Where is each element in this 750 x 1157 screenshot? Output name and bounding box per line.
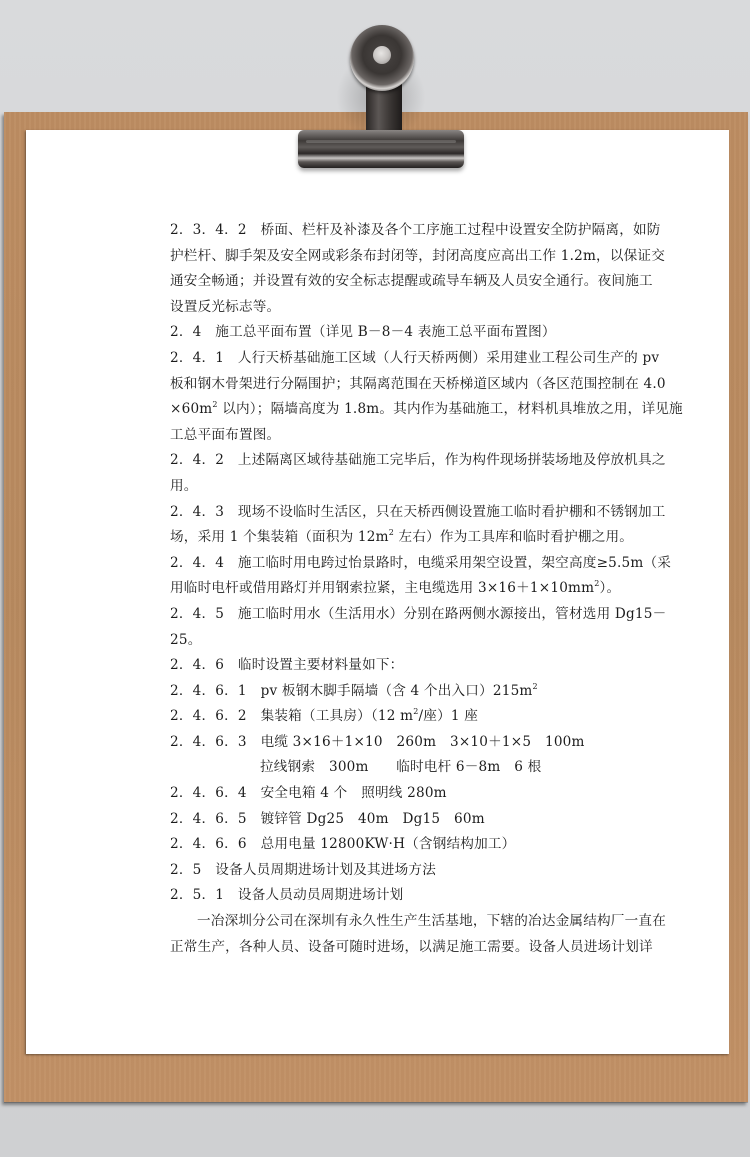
text-line: 护栏杆、脚手架及安全网或彩条布封闭等，封闭高度应高出工作 1.2m，以保证交 — [170, 244, 630, 270]
text-span: ）。 — [600, 580, 621, 596]
binder-clip-icon — [296, 22, 466, 170]
text-span: 以内）；隔墙高度为 1.8m。其内作为基础施工，材料机具堆放之用，详见施 — [218, 401, 683, 417]
section-heading-2-5: 2．5 设备人员周期进场计划及其进场方法 — [170, 858, 630, 884]
text-line: 正常生产，各种人员、设备可随时进场，以满足施工需要。设备人员进场计划详 — [170, 935, 630, 961]
text-line: 板和钢木骨架进行分隔围护；其隔离范围在天桥梯道区域内（各区范围控制在 4.0 — [170, 372, 630, 398]
text-line: 设置反光标志等。 — [170, 295, 630, 321]
material-item-continuation: 拉线钢索 300m 临时电杆 6－8m 6 根 — [170, 755, 630, 781]
text-line: 工总平面布置图。 — [170, 423, 630, 449]
text-span: 用临时电杆或借用路灯并用钢索拉紧，主电缆选用 3×16＋1×10mm — [170, 580, 594, 596]
text-line: 2．4．5 施工临时用水（生活用水）分别在路两侧水源接出，管材选用 Dg15－ — [170, 602, 630, 628]
material-item: 2．4．6．2 集装箱（工具房）（12 m2/座）1 座 — [170, 704, 630, 730]
text-line: 一冶深圳分公司在深圳有永久性生产生活基地，下辖的冶达金属结构厂一直在 — [170, 909, 630, 935]
text-line: 通安全畅通；并设置有效的安全标志提醒或疏导车辆及人员安全通行。夜间施工 — [170, 269, 630, 295]
document-page: 2．3．4．2 桥面、栏杆及补漆及各个工序施工过程中设置安全防护隔离，如防 护栏… — [26, 130, 729, 1054]
superscript: 2 — [533, 682, 538, 691]
text-line: 2．4．3 现场不设临时生活区，只在天桥西侧设置施工临时看护棚和不锈钢加工 — [170, 500, 630, 526]
text-line: 用临时电杆或借用路灯并用钢索拉紧，主电缆选用 3×16＋1×10mm2）。 — [170, 576, 630, 602]
text-line: 25。 — [170, 628, 630, 654]
text-line: 2．4．2 上述隔离区域待基础施工完毕后，作为构件现场拼装场地及停放机具之 — [170, 448, 630, 474]
text-span: 场，采用 1 个集装箱（面积为 12m — [170, 529, 389, 545]
clip-jaw-highlight — [306, 140, 456, 143]
clip-ring-hole — [373, 46, 391, 64]
text-line: 2．4．1 人行天桥基础施工区域（人行天桥两侧）采用建业工程公司生产的 pv — [170, 346, 630, 372]
material-item: 2．4．6．5 镀锌管 Dg25 40m Dg15 60m — [170, 807, 630, 833]
text-line: ×60m2 以内）；隔墙高度为 1.8m。其内作为基础施工，材料机具堆放之用，详… — [170, 397, 630, 423]
text-line: 用。 — [170, 474, 630, 500]
material-item: 2．4．6．4 安全电箱 4 个 照明线 280m — [170, 781, 630, 807]
text-span: 左右）作为工具库和临时看护棚之用。 — [394, 529, 633, 545]
section-heading-2-5-1: 2．5．1 设备人员动员周期进场计划 — [170, 883, 630, 909]
document-body: 2．3．4．2 桥面、栏杆及补漆及各个工序施工过程中设置安全防护隔离，如防 护栏… — [170, 218, 630, 960]
text-span: ×60m — [170, 401, 212, 417]
text-line: 2．3．4．2 桥面、栏杆及补漆及各个工序施工过程中设置安全防护隔离，如防 — [170, 218, 630, 244]
text-line: 场，采用 1 个集装箱（面积为 12m2 左右）作为工具库和临时看护棚之用。 — [170, 525, 630, 551]
clip-jaw — [298, 130, 464, 168]
material-item: 2．4．6．6 总用电量 12800KW·H（含钢结构加工） — [170, 832, 630, 858]
material-item: 2．4．6．3 电缆 3×16＋1×10 260m 3×10＋1×5 100m — [170, 730, 630, 756]
text-span: /座）1 座 — [419, 708, 479, 724]
text-line: 2．4．4 施工临时用电跨过怡景路时，电缆采用架空设置，架空高度≥5.5m（采 — [170, 551, 630, 577]
clip-ring — [350, 25, 414, 91]
material-item: 2．4．6．1 pv 板钢木脚手隔墙（含 4 个出入口）215m2 — [170, 679, 630, 705]
text-span: 2．4．6．2 集装箱（工具房）（12 m — [170, 708, 413, 724]
text-span: 2．4．6．1 pv 板钢木脚手隔墙（含 4 个出入口）215m — [170, 683, 533, 699]
text-line: 2．4．6 临时设置主要材料量如下： — [170, 653, 630, 679]
section-heading-2-4: 2．4 施工总平面布置（详见 B－8－4 表施工总平面布置图） — [170, 320, 630, 346]
